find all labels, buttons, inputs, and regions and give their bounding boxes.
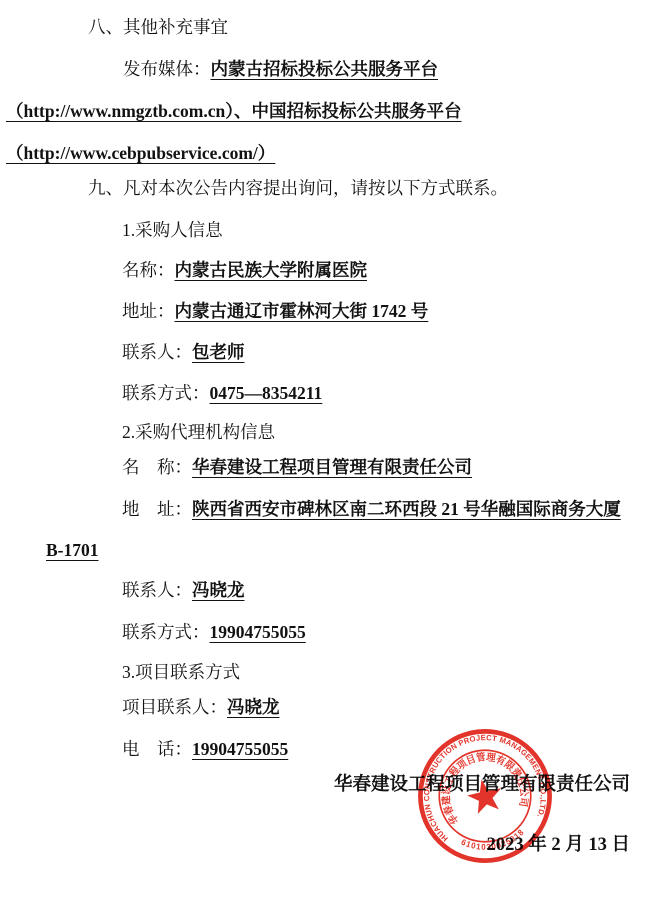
agency-address-line2: B-1701 bbox=[46, 537, 99, 563]
document-page: 八、其他补充事宜 发布媒体：内蒙古招标投标公共服务平台 （http://www.… bbox=[0, 0, 672, 916]
project-phone-label: 电 话： bbox=[122, 739, 192, 759]
seal-star-icon bbox=[465, 776, 506, 815]
publish-media-url-line1: （http://www.nmgztb.com.cn）、中国招标投标公共服务平台 bbox=[6, 98, 461, 124]
project-contact-label: 项目联系人： bbox=[122, 697, 227, 717]
project-phone-value: 19904755055 bbox=[192, 739, 288, 759]
company-seal-stamp: HUACHUN CONSTRUCTION PROJECT MANAGEMENT … bbox=[411, 719, 559, 873]
project-contact-value: 冯晓龙 bbox=[227, 697, 280, 717]
agency-name-line: 名 称：华春建设工程项目管理有限责任公司 bbox=[122, 454, 472, 480]
publish-media-value: 内蒙古招标投标公共服务平台 bbox=[211, 59, 439, 79]
purchaser-name-label: 名称： bbox=[122, 260, 175, 280]
purchaser-address-value: 内蒙古通辽市霍林河大街 1742 号 bbox=[175, 301, 429, 321]
section8-heading: 八、其他补充事宜 bbox=[88, 14, 228, 40]
publish-media-label: 发布媒体： bbox=[123, 59, 211, 79]
section9-heading: 九、凡对本次公告内容提出询问，请按以下方式联系。 bbox=[88, 175, 508, 201]
purchaser-phone-label: 联系方式： bbox=[122, 383, 210, 403]
agency-phone-label: 联系方式： bbox=[122, 622, 210, 642]
purchaser-contact-label: 联系人： bbox=[122, 342, 192, 362]
agency-name-label: 名 称： bbox=[122, 457, 192, 477]
agency-phone-value: 19904755055 bbox=[210, 622, 306, 642]
purchaser-phone-line: 联系方式：0475—8354211 bbox=[122, 380, 322, 406]
publish-media-line: 发布媒体：内蒙古招标投标公共服务平台 bbox=[123, 56, 438, 82]
purchaser-address-label: 地址： bbox=[122, 301, 175, 321]
purchaser-address-line: 地址：内蒙古通辽市霍林河大街 1742 号 bbox=[122, 298, 428, 324]
agency-contact-line: 联系人：冯晓龙 bbox=[122, 577, 245, 603]
agency-heading: 2.采购代理机构信息 bbox=[122, 419, 275, 445]
publish-media-url-line2: （http://www.cebpubservice.com/） bbox=[6, 140, 275, 166]
agency-address-label: 地 址： bbox=[122, 499, 192, 519]
purchaser-phone-value: 0475—8354211 bbox=[210, 383, 323, 403]
project-phone-line: 电 话：19904755055 bbox=[122, 736, 288, 762]
purchaser-contact-line: 联系人：包老师 bbox=[122, 339, 245, 365]
agency-phone-line: 联系方式：19904755055 bbox=[122, 619, 306, 645]
purchaser-name-line: 名称：内蒙古民族大学附属医院 bbox=[122, 257, 367, 283]
project-heading: 3.项目联系方式 bbox=[122, 659, 240, 685]
agency-name-value: 华春建设工程项目管理有限责任公司 bbox=[192, 457, 472, 477]
agency-address-line1: 地 址：陕西省西安市碑林区南二环西段 21 号华融国际商务大厦 bbox=[122, 496, 621, 522]
agency-contact-value: 冯晓龙 bbox=[192, 580, 245, 600]
agency-address-value-part1: 陕西省西安市碑林区南二环西段 21 号华融国际商务大厦 bbox=[192, 499, 621, 519]
seal-svg: HUACHUN CONSTRUCTION PROJECT MANAGEMENT … bbox=[411, 719, 559, 873]
project-contact-line: 项目联系人：冯晓龙 bbox=[122, 694, 280, 720]
purchaser-heading: 1.采购人信息 bbox=[122, 217, 223, 243]
agency-contact-label: 联系人： bbox=[122, 580, 192, 600]
purchaser-contact-value: 包老师 bbox=[192, 342, 245, 362]
purchaser-name-value: 内蒙古民族大学附属医院 bbox=[175, 260, 368, 280]
